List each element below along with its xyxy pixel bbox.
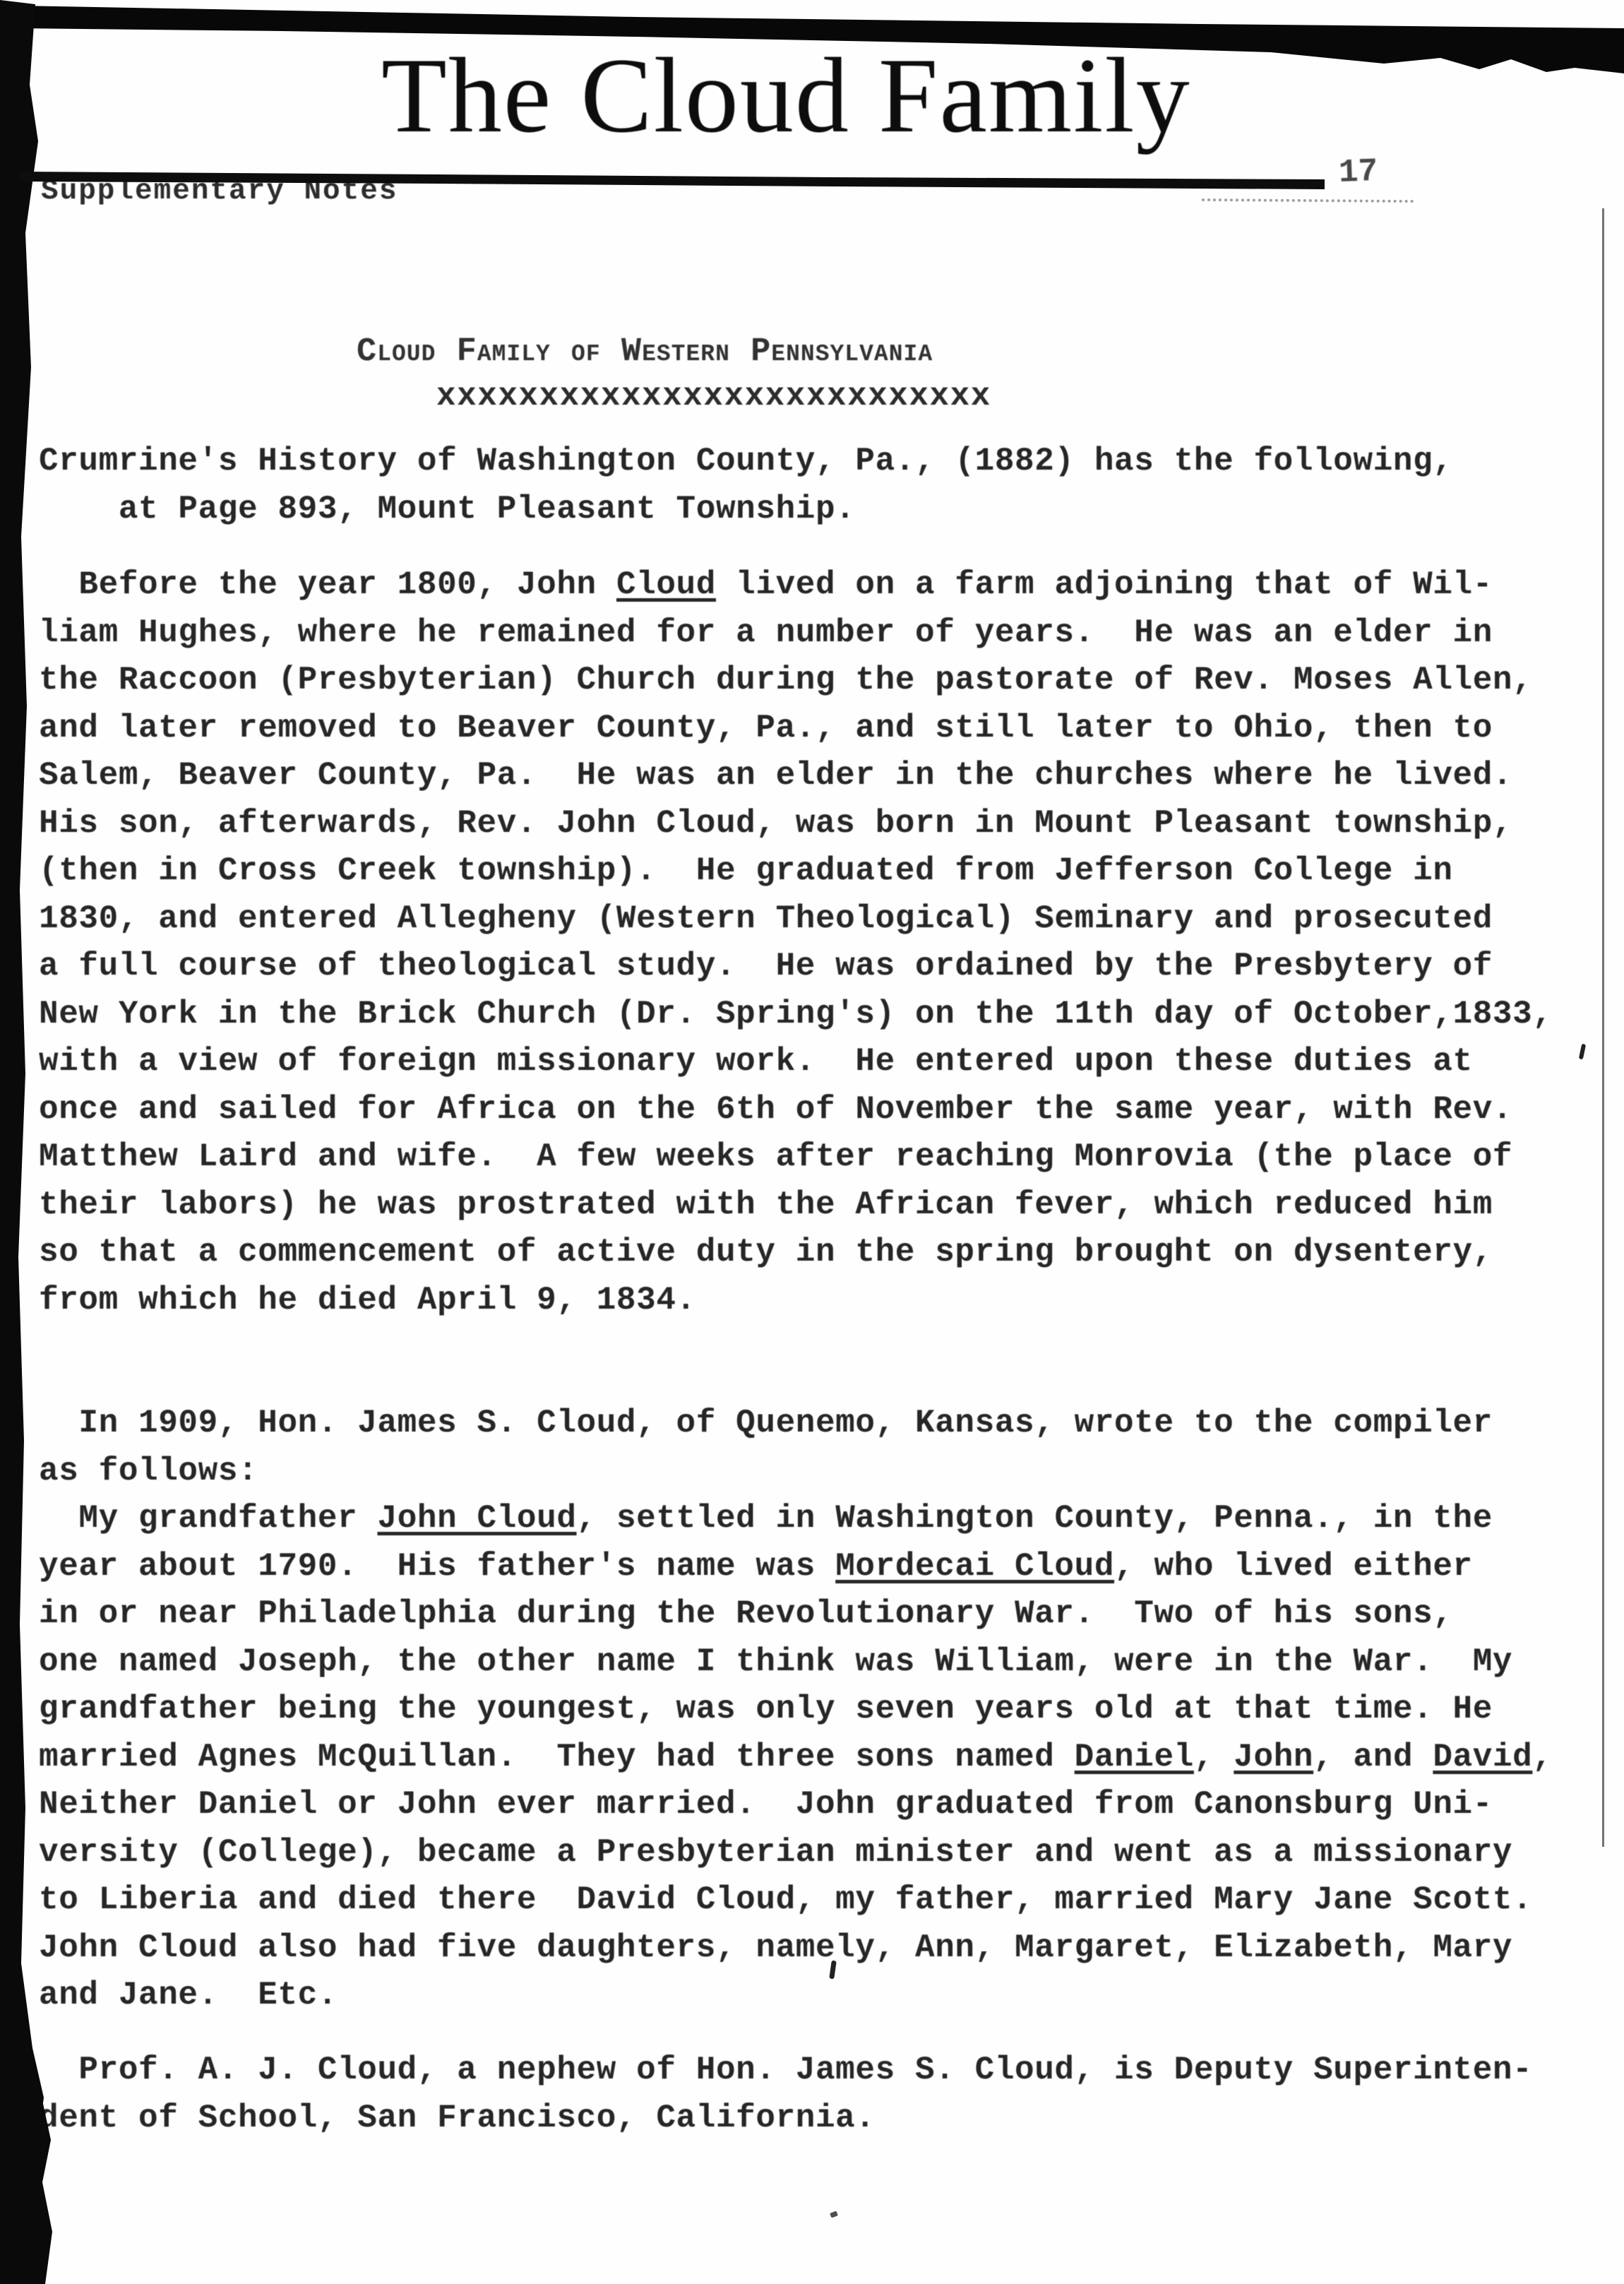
ink-speck: [830, 2211, 838, 2218]
james-cloud-letter-paragraph: In 1909, Hon. James S. Cloud, of Quenemo…: [39, 1400, 1603, 2020]
scanned-document-page: The Cloud Family 17 Supplementary Notes …: [0, 0, 1624, 2284]
page-title: The Cloud Family: [381, 34, 1191, 157]
rule-dotted-trace: [1202, 198, 1414, 203]
prof-cloud-paragraph: Prof. A. J. Cloud, a nephew of Hon. Jame…: [39, 2047, 1603, 2142]
section-heading: Cloud Family of Western Pennsylvania: [357, 333, 933, 371]
page-number: 17: [1338, 153, 1378, 191]
header-note: Supplementary Notes: [41, 175, 398, 208]
crumrine-extract-paragraph: Before the year 1800, John Cloud lived o…: [39, 561, 1603, 1324]
section-heading-x-row: xxxxxxxxxxxxxxxxxxxxxxxxxxx: [436, 378, 991, 415]
intro-paragraph: Crumrine's History of Washington County,…: [39, 438, 1603, 533]
